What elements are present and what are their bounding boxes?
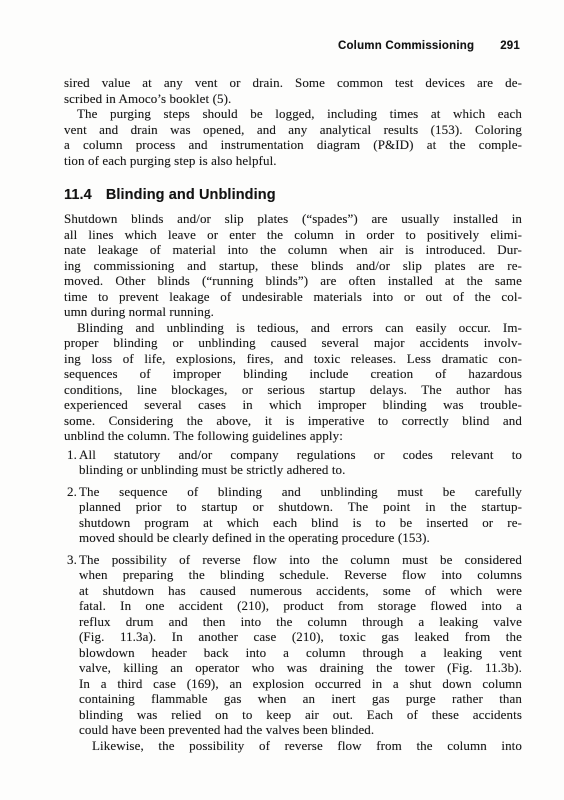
- text-line: vent and drain was opened, and any analy…: [64, 122, 522, 138]
- text-line: valve, killing an operator who was drain…: [79, 660, 522, 676]
- list-marker: 3.: [67, 552, 77, 568]
- guideline-item: 1.All statutory and/or company regulatio…: [64, 447, 522, 478]
- running-title: Column Commissioning: [338, 40, 474, 52]
- text-line: shutdown program at which each blind is …: [79, 515, 522, 531]
- paragraph-blinding-tedious: Blinding and unblinding is tedious, and …: [64, 320, 522, 444]
- text-line: time to prevent leakage of undesirable m…: [64, 289, 522, 305]
- text-line: The sequence of blinding and unblinding …: [79, 484, 522, 500]
- text-line: unblind the column. The following guidel…: [64, 428, 522, 444]
- text-line: conditions, line blockages, or serious s…: [64, 382, 522, 398]
- paragraph-shutdown-blinds: Shutdown blinds and/or slip plates (“spa…: [64, 211, 522, 320]
- text-line: when preparing the blinding schedule. Re…: [79, 567, 522, 583]
- list-marker: 2.: [67, 484, 77, 500]
- text-line: a column process and instrumentation dia…: [64, 137, 522, 153]
- section-heading: 11.4Blinding and Unblinding: [64, 187, 522, 203]
- text-line: moved. Other blinds (“running blinds”) a…: [64, 273, 522, 289]
- text-line: some. Considering the above, it is imper…: [64, 413, 522, 429]
- section-number: 11.4: [64, 187, 92, 203]
- text-line: Shutdown blinds and/or slip plates (“spa…: [64, 211, 522, 227]
- section-title: Blinding and Unblinding: [106, 187, 276, 203]
- text-line: The purging steps should be logged, incl…: [64, 106, 522, 122]
- text-line: blowdown header back into a column throu…: [79, 645, 522, 661]
- text-line: scribed in Amoco’s booklet (5).: [64, 91, 522, 107]
- text-line: nate leakage of material into the column…: [64, 242, 522, 258]
- text-line: all lines which leave or enter the colum…: [64, 227, 522, 243]
- page-number: 291: [500, 40, 520, 52]
- text-line: blinding was relied on to keep air out. …: [79, 707, 522, 723]
- text-line: at shutdown has caused numerous accident…: [79, 583, 522, 599]
- guideline-paragraph: Likewise, the possibility of reverse flo…: [79, 738, 522, 754]
- text-line: In a third case (169), an explosion occu…: [79, 676, 522, 692]
- guideline-item: 3.The possibility of reverse flow into t…: [64, 552, 522, 754]
- text-line: The possibility of reverse flow into the…: [79, 552, 522, 568]
- guidelines-list: 1.All statutory and/or company regulatio…: [64, 447, 522, 754]
- text-line: planned prior to startup or shutdown. Th…: [79, 499, 522, 515]
- text-line: sequences of improper blinding include c…: [64, 366, 522, 382]
- paragraph-purging-steps: The purging steps should be logged, incl…: [64, 106, 522, 168]
- list-marker: 1.: [67, 447, 77, 463]
- text-line: ing commissioning and startup, these bli…: [64, 258, 522, 274]
- text-line: reflux drum and then into the column thr…: [79, 614, 522, 630]
- text-line: experienced several cases in which impro…: [64, 397, 522, 413]
- text-line: could have been prevented had the valves…: [79, 722, 522, 738]
- text-line: fatal. In one accident (210), product fr…: [79, 598, 522, 614]
- guideline-item: 2.The sequence of blinding and unblindin…: [64, 484, 522, 546]
- paragraph-continuation: sired value at any vent or drain. Some c…: [64, 75, 522, 106]
- text-line: proper blinding or unblinding caused sev…: [64, 335, 522, 351]
- text-line: Blinding and unblinding is tedious, and …: [64, 320, 522, 336]
- text-line: tion of each purging step is also helpfu…: [64, 153, 522, 169]
- text-line: containing flammable gas when an inert g…: [79, 691, 522, 707]
- text-line: moved should be clearly defined in the o…: [79, 530, 522, 546]
- text-line: sired value at any vent or drain. Some c…: [64, 75, 522, 91]
- text-line: umn during normal running.: [64, 304, 522, 320]
- page-content: sired value at any vent or drain. Some c…: [64, 75, 522, 753]
- text-line: blinding or unblinding must be strictly …: [79, 462, 522, 478]
- text-line: All statutory and/or company regulations…: [79, 447, 522, 463]
- guideline-paragraph: The sequence of blinding and unblinding …: [79, 484, 522, 546]
- guideline-paragraph: All statutory and/or company regulations…: [79, 447, 522, 478]
- text-line: ing loss of life, explosions, fires, and…: [64, 351, 522, 367]
- running-header: Column Commissioning291: [338, 40, 520, 52]
- text-line: (Fig. 11.3a). In another case (210), tox…: [79, 629, 522, 645]
- book-page: Column Commissioning291 sired value at a…: [0, 0, 564, 800]
- guideline-paragraph: The possibility of reverse flow into the…: [79, 552, 522, 738]
- text-line: Likewise, the possibility of reverse flo…: [79, 738, 522, 754]
